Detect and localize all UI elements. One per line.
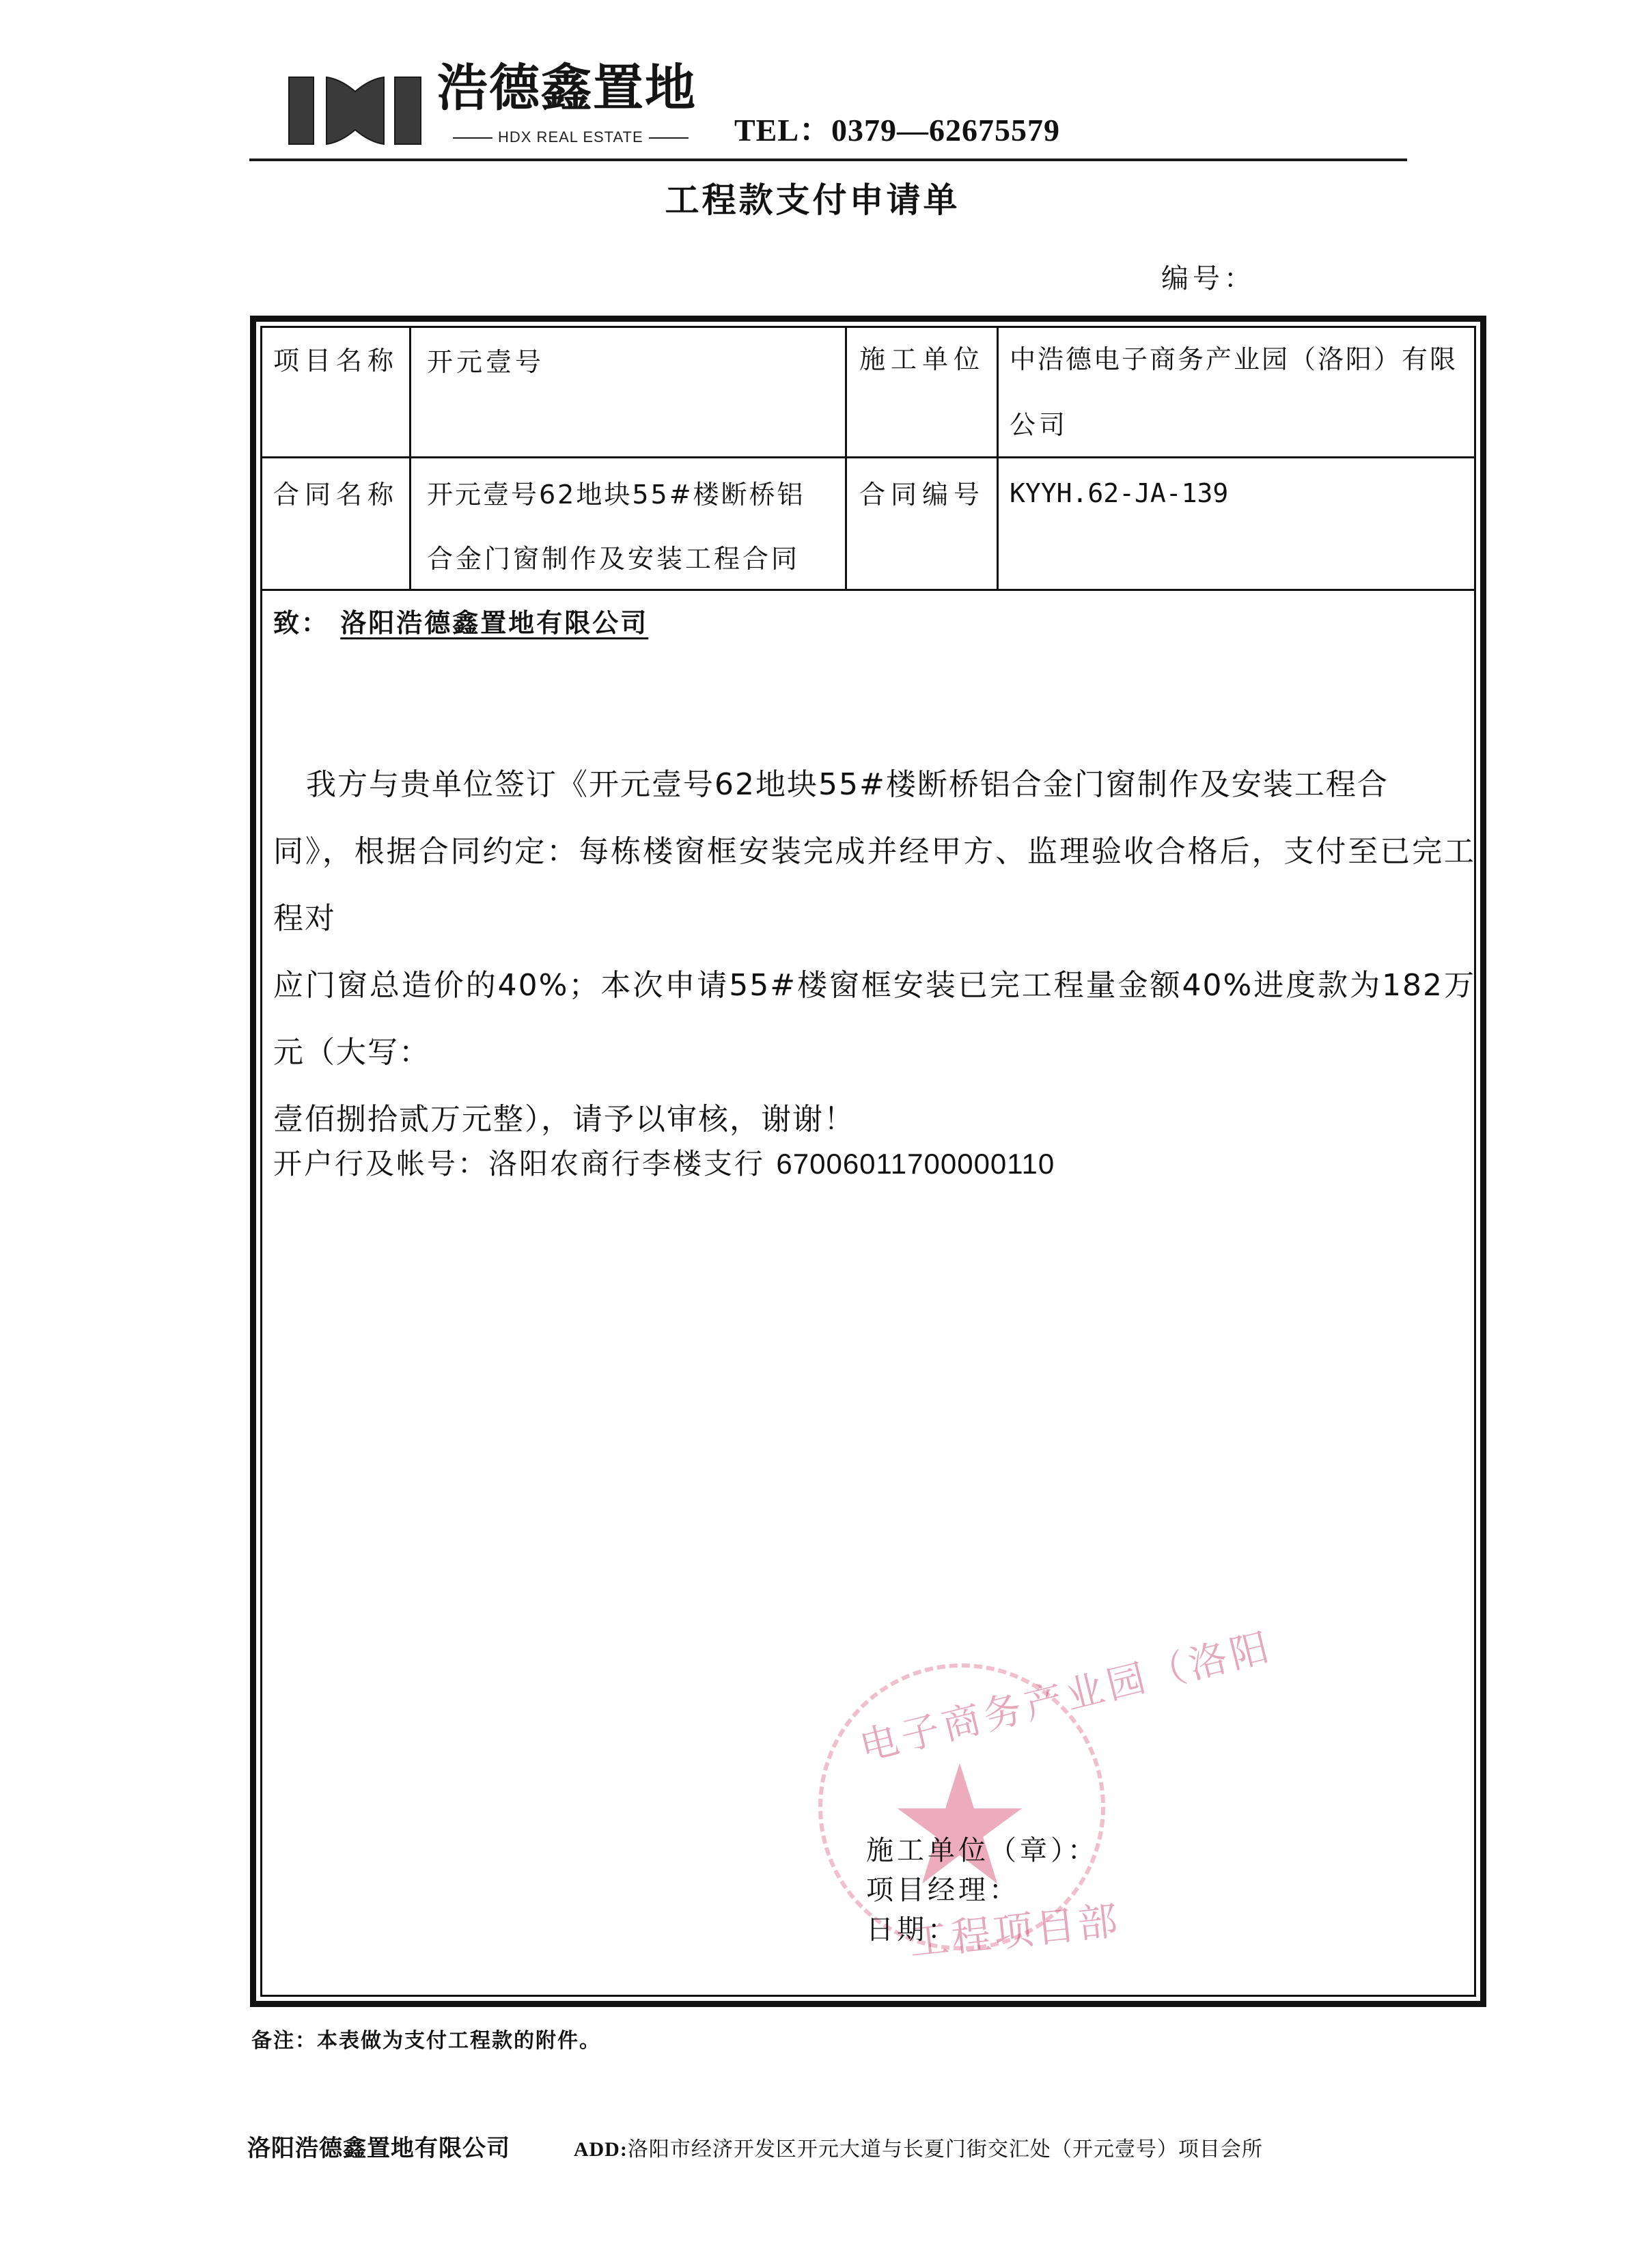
logo-dash-left <box>453 137 492 139</box>
serial-number-label: 编号： <box>1161 265 1255 292</box>
footer-address: ADD:洛阳市经济开发区开元大道与长夏门街交汇处（开元壹号）项目会所 <box>574 2138 1263 2161</box>
date-label: 日期： <box>866 1910 1098 1950</box>
col-divider-3 <box>997 326 999 590</box>
bank-account-line: 开户行及帐号：洛阳农商行李楼支行 67006011700000110 <box>273 1150 1055 1178</box>
col-divider-1 <box>409 326 411 590</box>
contractor-seal-label: 施工单位（章）： <box>866 1831 1098 1870</box>
company-logo-mark <box>288 77 422 145</box>
request-text-1: 我方与贵单位签订《开元壹号62地块55#楼断桥铝合金门窗制作及安装工程合 <box>306 767 1389 802</box>
project-name-value: 开元壹号 <box>427 329 544 395</box>
project-manager-label: 项目经理： <box>866 1870 1098 1910</box>
tel-label: TEL： <box>734 113 831 148</box>
footer: 洛阳浩德鑫置地有限公司 ADD:洛阳市经济开发区开元大道与长夏门街交汇处（开元壹… <box>247 2137 1263 2160</box>
col-divider-2 <box>845 326 847 590</box>
document-title: 工程款支付申请单 <box>0 183 1625 217</box>
logo-bar-left <box>288 77 314 145</box>
telephone: TEL：0379—62675579 <box>734 115 1060 146</box>
contractor-value-line2: 公司 <box>1010 392 1068 458</box>
request-paragraph: 我方与贵单位签订《开元壹号62地块55#楼断桥铝合金门窗制作及安装工程合 同》，… <box>273 751 1475 1153</box>
row-divider-1 <box>260 456 1476 458</box>
request-paragraph-line-2: 同》，根据合同约定：每栋楼窗框安装完成并经甲方、监理验收合格后，支付至已完工程对 <box>273 818 1475 952</box>
contract-number-value: KYYH.62-JA-139 <box>1010 460 1228 526</box>
footer-address-label: ADD: <box>574 2138 628 2161</box>
contract-name-value-line1: 开元壹号62地块55#楼断桥铝 <box>427 462 805 527</box>
footer-company: 洛阳浩德鑫置地有限公司 <box>247 2135 510 2162</box>
contractor-value-line1: 中浩德电子商务产业园（洛阳）有限 <box>1010 327 1458 392</box>
tel-number: 0379—62675579 <box>831 113 1060 148</box>
logo-dash-right <box>649 137 689 139</box>
header-divider <box>249 158 1407 161</box>
contract-name-label: 合同名称 <box>273 462 399 527</box>
request-paragraph-line-4: 壹佰捌拾贰万元整），请予以审核，谢谢！ <box>273 1086 1475 1153</box>
company-name-en: HDX REAL ESTATE <box>447 130 694 145</box>
company-name-en-text: HDX REAL ESTATE <box>498 128 643 146</box>
addressee-label: 致： <box>273 608 329 638</box>
signature-block: 施工单位（章）： 项目经理： 日期： <box>866 1831 1098 1950</box>
project-name-label: 项目名称 <box>273 328 399 393</box>
request-paragraph-line-1: 我方与贵单位签订《开元壹号62地块55#楼断桥铝合金门窗制作及安装工程合 <box>273 751 1475 818</box>
bank-account-number: 67006011700000110 <box>776 1148 1055 1180</box>
bank-name: 洛阳农商行李楼支行 <box>488 1147 765 1180</box>
remark-note: 备注：本表做为支付工程款的附件。 <box>251 2031 601 2051</box>
addressee-company: 洛阳浩德鑫置地有限公司 <box>340 608 648 638</box>
contractor-label: 施工单位 <box>859 327 985 392</box>
footer-address-text: 洛阳市经济开发区开元大道与长夏门街交汇处（开元壹号）项目会所 <box>628 2138 1263 2161</box>
addressee: 致： 洛阳浩德鑫置地有限公司 <box>273 610 648 636</box>
contract-name-value-line2: 合金门窗制作及安装工程合同 <box>427 526 800 592</box>
bank-label: 开户行及帐号： <box>273 1147 488 1180</box>
request-paragraph-line-3: 应门窗总造价的40%；本次申请55#楼窗框安装已完工程量金额40%进度款为182… <box>273 952 1475 1086</box>
contract-number-label: 合同编号 <box>859 462 985 527</box>
company-name-cn: 浩德鑫置地 <box>437 63 697 113</box>
logo-bar-right <box>394 77 421 145</box>
logo-bowtie-icon <box>326 77 385 145</box>
